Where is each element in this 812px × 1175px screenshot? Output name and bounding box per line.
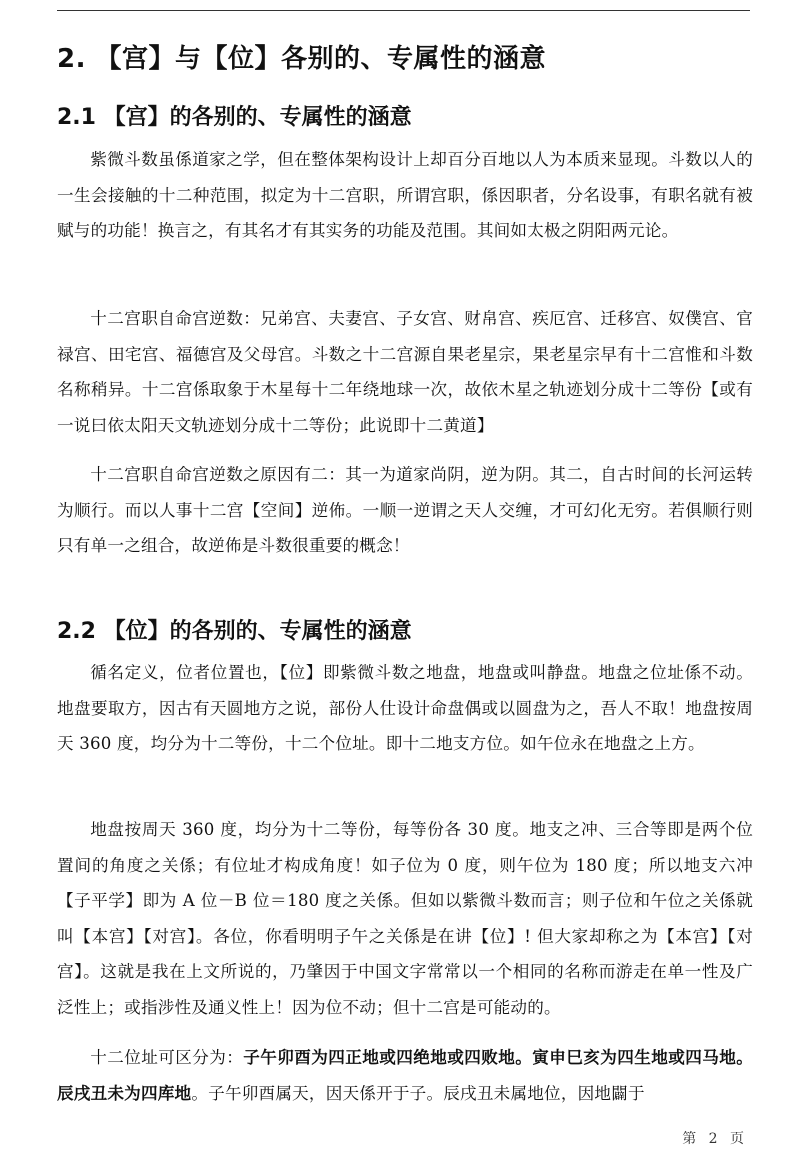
paragraph-tail: 。子午卯酉属天，因天係开于子。辰戌丑未属地位，因地闢于 — [191, 1084, 644, 1103]
paragraph: 十二宫职自命宫逆数：兄弟宫、夫妻宫、子女宫、财帛宫、疾厄宫、迁移宫、奴僕宫、官禄… — [57, 301, 753, 443]
paragraph-emphasis: 十二位址可区分为：子午卯酉为四正地或四绝地或四败地。寅申巳亥为四生地或四马地。辰… — [57, 1040, 753, 1111]
paragraph: 地盘按周天 360 度，均分为十二等份，每等份各 30 度。地支之冲、三合等即是… — [57, 812, 753, 1025]
subsection-heading-2-1: 2.1 【宫】的各别的、专属性的涵意 — [57, 100, 412, 131]
paragraph: 循名定义，位者位置也，【位】即紫微斗数之地盘，地盘或叫静盘。地盘之位址係不动。地… — [57, 655, 753, 762]
header-rule — [57, 10, 750, 11]
subsection-heading-2-2: 2.2 【位】的各别的、专属性的涵意 — [57, 614, 412, 645]
page-number: 第 2 页 — [682, 1128, 748, 1148]
paragraph: 紫微斗数虽係道家之学，但在整体架构设计上却百分百地以人为本质来显现。斗数以人的一… — [57, 142, 753, 249]
paragraph-lead: 十二位址可区分为： — [90, 1048, 243, 1067]
paragraph: 十二宫职自命宫逆数之原因有二：其一为道家尚阴，逆为阴。其二，自古时间的长河运转为… — [57, 457, 753, 564]
section-heading: 2. 【宫】与【位】各别的、专属性的涵意 — [57, 38, 546, 75]
